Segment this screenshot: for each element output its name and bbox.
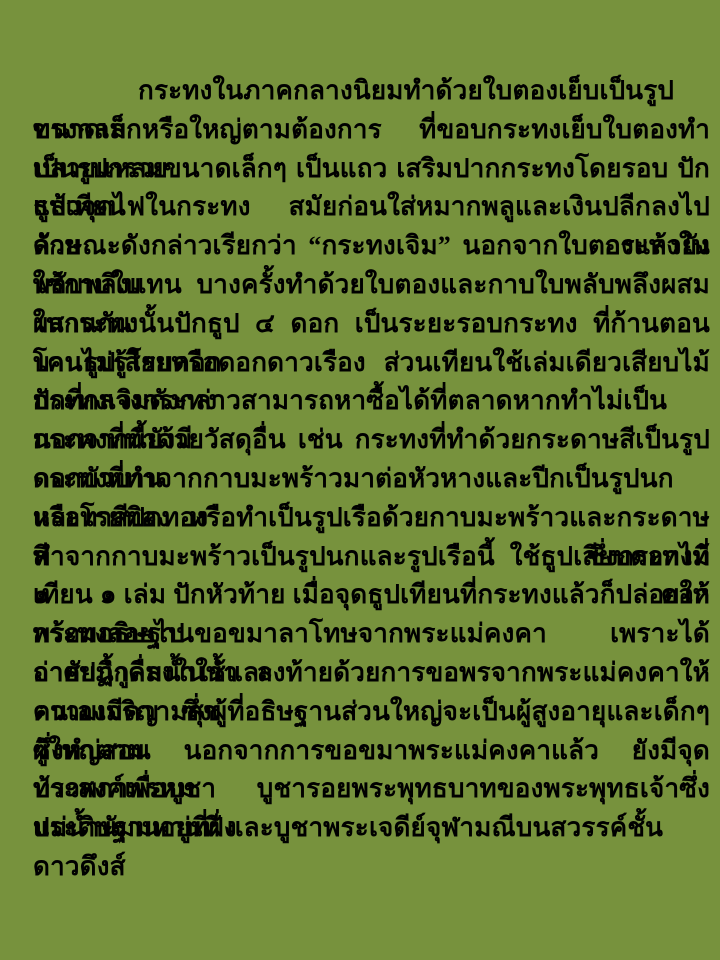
text-line: ถ่ายปฏิกูลลงในน้ำ ลงท้ายด้วยการขอพรจากพร… [33,654,710,693]
text-line: หรือโรยทอง หรือทำเป็นรูปเรือด้วยกาบมะพร้… [33,499,710,538]
text-line: พลับพลึงแทน บางครั้งทำด้วยใบตองและกาบใบพ… [33,266,710,305]
text-line: ความเจริญ ซึ่งผู้ที่อธิษฐานส่วนใหญ่จะเป็… [33,693,710,732]
text-line: พร้อมอธิษฐานขอขมาลาโทษจากพระแม่คงคา เพรา… [33,615,710,654]
text-line: กระทงที่ทำจากกาบมะพร้าวมาต่อหัวหางและปีก… [33,460,710,499]
text-line: ผู้ใหญ่สอน นอกจากการขอขมาพระแม่คงคาแล้ว … [33,732,710,771]
text-line: กระทงเจิมดังกล่าวสามารถหาซื้อได้ที่ตลาดห… [33,382,710,421]
document-page-body: { "page": { "background_color": "#77923D… [0,0,720,960]
text-line: ท้าวพกาพรหม บูชารอยพระพุทธบาทของพระพุทธเ… [33,770,710,809]
text-line: ปลายแหลมขนาดเล็กๆ เป็นแถว เสริมปากกระทงโ… [33,150,710,189]
text-line: แล้วจุดไฟในกระทง สมัยก่อนใส่หมากพลูและเง… [33,188,710,227]
text-line: ลักษณะดังกล่าวเรียกว่า “กระทงเจิม” นอกจา… [33,227,710,266]
text-line: บานไม่รู้โรยหรือดอกดาวเรือง ส่วนเทียนใช้… [33,344,710,383]
page-background: กระทงในภาคกลางนิยมทำด้วยใบตองเย็บเป็นรูป… [0,0,720,960]
text-line: แม่น้ำนัมมทานที และบูชาพระเจดีย์จุฬามณีบ… [33,809,710,848]
text-line: กระทงในภาคกลางนิยมทำด้วยใบตองเย็บเป็นรูป… [33,72,710,111]
text-line: กระทงที่ทำด้วยวัสดุอื่น เช่น กระทงที่ทำด… [33,421,710,460]
paragraph-text-block: กระทงในภาคกลางนิยมทำด้วยใบตองเย็บเป็นรูป… [33,72,710,848]
text-line: เทียน ๑ เล่ม ปักหัวท้าย เมื่อจุดธูปเทียน… [33,576,710,615]
text-line: ในกระทงนั้นปักธูป ๔ ดอก เป็นระยะรอบกระทง… [33,305,710,344]
text-line: ทำจากกาบมะพร้าวเป็นรูปนกและรูปเรือนี้ ใช… [33,538,710,577]
text-line: ขนาดเล็กหรือใหญ่ตามต้องการ ที่ขอบกระทงเย… [33,111,710,150]
